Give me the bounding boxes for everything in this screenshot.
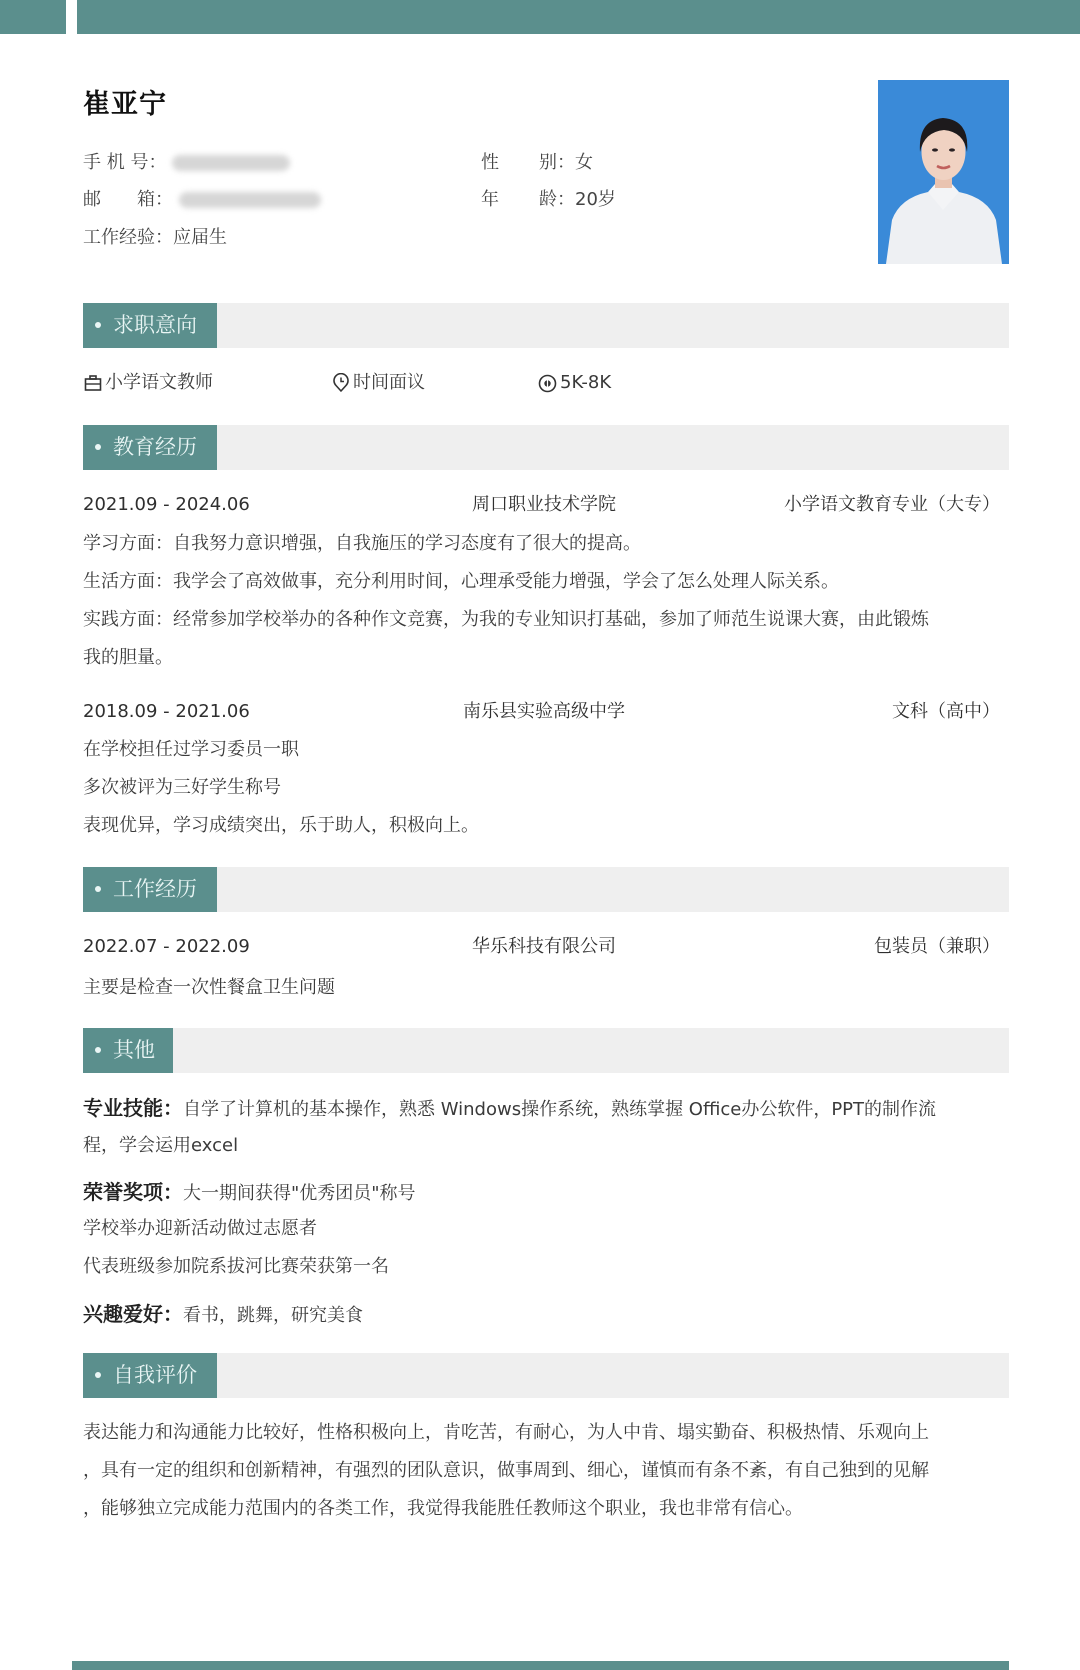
gender-row: 性 别：女: [481, 151, 499, 175]
section-header-intention: 求职意向: [83, 303, 1009, 348]
work-entry-header: 2022.07 - 2022.09 华乐科技有限公司 包装员（兼职）: [83, 934, 1000, 960]
bottom-bar: [72, 1661, 1009, 1670]
experience-label: 工作经验：: [83, 226, 173, 250]
section-tag: 求职意向: [83, 303, 217, 348]
intention-position: 小学语文教师: [84, 370, 213, 396]
education-detail-line: 在学校担任过学习委员一职: [83, 737, 299, 763]
education-detail-line: 学习方面：自我努力意识增强，自我施压的学习态度有了很大的提高。: [83, 531, 641, 557]
top-bar-right: [77, 0, 1080, 34]
section-tag: 其他: [83, 1028, 173, 1073]
education-school: 南乐县实验高级中学: [83, 699, 1000, 725]
skills-text-cont: 程，学会运用excel: [83, 1133, 238, 1159]
education-major: 小学语文教育专业（大专）: [784, 492, 1000, 518]
age-row: 年 龄：20岁: [481, 188, 499, 212]
section-header-work: 工作经历: [83, 867, 1009, 912]
email-row: 邮 箱：: [83, 188, 321, 212]
section-title: 教育经历: [113, 435, 197, 459]
briefcase-icon: [84, 374, 102, 392]
education-entry-header: 2018.09 - 2021.06 南乐县实验高级中学 文科（高中）: [83, 699, 1000, 725]
coin-icon: [538, 374, 557, 393]
bullet-icon: [95, 444, 101, 450]
experience-value: 应届生: [173, 227, 227, 248]
intention-time: 时间面议: [332, 370, 425, 396]
intention-time-text: 时间面议: [353, 370, 425, 396]
portrait-photo: [878, 80, 1009, 264]
education-detail-line: 生活方面：我学会了高效做事，充分利用时间，心理承受能力增强，学会了怎么处理人际关…: [83, 569, 839, 595]
hobbies-text: 看书，跳舞，研究美食: [183, 1305, 363, 1326]
email-label: 邮 箱：: [83, 188, 173, 212]
bullet-icon: [95, 1372, 101, 1378]
work-detail-line: 主要是检查一次性餐盒卫生问题: [83, 975, 335, 1001]
honors-label: 荣誉奖项：: [83, 1180, 183, 1204]
honors-text: 大一期间获得"优秀团员"称号: [183, 1183, 416, 1204]
section-title: 工作经历: [113, 877, 197, 901]
phone-label: 手 机 号：: [83, 151, 166, 175]
work-company: 华乐科技有限公司: [83, 934, 1000, 960]
hobbies-row: 兴趣爱好：看书，跳舞，研究美食: [83, 1301, 363, 1329]
age-label-2: 龄：: [539, 189, 575, 210]
education-detail-line: 多次被评为三好学生称号: [83, 775, 281, 801]
intention-salary-text: 5K-8K: [560, 370, 611, 396]
education-detail-line: 我的胆量。: [83, 645, 173, 671]
gender-value: 女: [575, 152, 593, 173]
honors-row: 荣誉奖项：大一期间获得"优秀团员"称号: [83, 1179, 416, 1207]
self-eval-line: ，能够独立完成能力范围内的各类工作，我觉得我能胜任教师这个职业，我也非常有信心。: [83, 1496, 803, 1522]
skills-row: 专业技能：自学了计算机的基本操作，熟悉 Windows操作系统，熟练掌握 Off…: [83, 1095, 936, 1123]
intention-salary: 5K-8K: [538, 370, 611, 396]
gender-label-2: 别：: [539, 152, 575, 173]
section-tag: 教育经历: [83, 425, 217, 470]
self-eval-line: 表达能力和沟通能力比较好，性格积极向上，肯吃苦，有耐心，为人中肯、塌实勤奋、积极…: [83, 1420, 929, 1446]
education-major: 文科（高中）: [892, 699, 1000, 725]
skills-label: 专业技能：: [83, 1096, 183, 1120]
work-role: 包装员（兼职）: [874, 934, 1000, 960]
section-title: 其他: [113, 1038, 155, 1062]
clock-pin-icon: [332, 373, 350, 393]
skills-text: 自学了计算机的基本操作，熟悉 Windows操作系统，熟练掌握 Office办公…: [183, 1099, 936, 1120]
age-value: 20岁: [575, 189, 616, 210]
bullet-icon: [95, 1047, 101, 1053]
honors-text-line: 代表班级参加院系拔河比赛荣获第一名: [83, 1254, 389, 1280]
education-detail-line: 表现优异，学习成绩突出，乐于助人，积极向上。: [83, 813, 479, 839]
candidate-name: 崔亚宁: [83, 82, 167, 121]
self-eval-line: ，具有一定的组织和创新精神，有强烈的团队意识，做事周到、细心，谨慎而有条不紊，有…: [83, 1458, 929, 1484]
education-entry-header: 2021.09 - 2024.06 周口职业技术学院 小学语文教育专业（大专）: [83, 492, 1000, 518]
intention-position-text: 小学语文教师: [105, 370, 213, 396]
section-title: 求职意向: [113, 313, 197, 337]
phone-row: 手 机 号：: [83, 151, 290, 175]
age-label-1: 年: [481, 189, 499, 210]
section-tag: 自我评价: [83, 1353, 217, 1398]
gender-label-1: 性: [481, 152, 499, 173]
phone-value-blurred: [172, 155, 290, 171]
top-bar-left: [0, 0, 66, 34]
bullet-icon: [95, 322, 101, 328]
bullet-icon: [95, 886, 101, 892]
section-header-self-eval: 自我评价: [83, 1353, 1009, 1398]
email-value-blurred: [179, 192, 321, 208]
section-header-education: 教育经历: [83, 425, 1009, 470]
honors-text-line: 学校举办迎新活动做过志愿者: [83, 1216, 317, 1242]
hobbies-label: 兴趣爱好：: [83, 1302, 183, 1326]
experience-row: 工作经验：应届生: [83, 226, 227, 250]
section-header-other: 其他: [83, 1028, 1009, 1073]
education-detail-line: 实践方面：经常参加学校举办的各种作文竞赛，为我的专业知识打基础，参加了师范生说课…: [83, 607, 929, 633]
section-title: 自我评价: [113, 1363, 197, 1387]
section-tag: 工作经历: [83, 867, 217, 912]
